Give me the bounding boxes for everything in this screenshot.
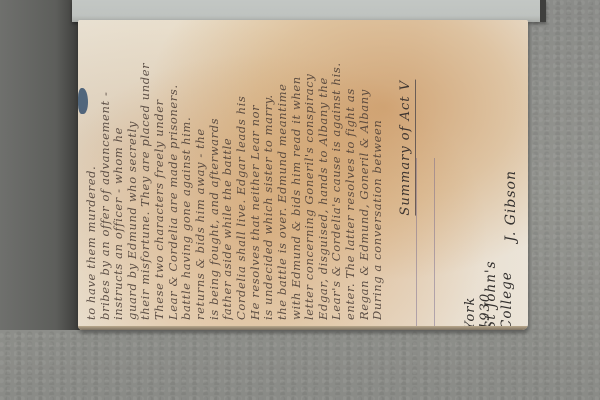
text-line: battle having gone against him.	[179, 30, 193, 320]
text-line: These two characters freely under	[152, 30, 166, 320]
author-place-year: York 1930	[463, 255, 493, 330]
text-line: Regan & Edmund, Goneril & Albany	[357, 30, 371, 320]
margin-line	[434, 158, 435, 328]
text-line: returns & bids him away - the	[193, 30, 207, 320]
text-line: guard by Edmund who secretly	[125, 30, 139, 320]
text-line: He resolves that neither Lear nor	[248, 30, 262, 320]
notebook-cover-edge	[72, 0, 546, 22]
text-line: with Edmund & bids him read it when	[289, 30, 303, 320]
text-line: letter concerning Goneril's conspiracy	[302, 30, 316, 320]
text-line: Lear's & Cordelia's cause is against his…	[329, 30, 343, 320]
text-line: the battle is over. Edmund meantime	[275, 30, 289, 320]
manuscript-page: During a conversation between Regan & Ed…	[78, 20, 528, 330]
margin-line	[416, 158, 417, 328]
dark-background-edge	[0, 0, 80, 330]
text-line: father aside while the battle	[220, 30, 234, 320]
text-line: their misfortune. They are placed under	[138, 30, 152, 320]
text-line: is undecided which sister to marry.	[261, 30, 275, 320]
handwritten-text: During a conversation between Regan & Ed…	[84, 30, 384, 320]
text-line: Lear & Cordelia are made prisoners.	[166, 30, 180, 320]
text-line: instructs an officer - whom he	[111, 30, 125, 320]
text-line: is being fought, and afterwards	[207, 30, 221, 320]
text-line: During a conversation between	[370, 30, 384, 320]
text-line: bribes by an offer of advancement -	[98, 30, 112, 320]
text-line: Cordelia shall live. Edgar leads his	[234, 30, 248, 320]
summary-heading: Summary of Act V	[398, 80, 416, 216]
text-line: Edgar, disguised, hands to Albany the	[316, 30, 330, 320]
text-line: enter. The latter resolves to fight as	[343, 30, 357, 320]
text-line: to have them murdered.	[84, 30, 98, 320]
